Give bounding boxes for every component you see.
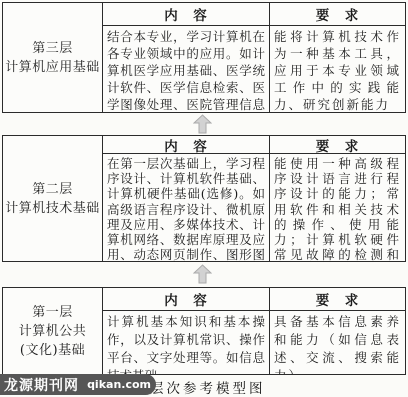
up-arrow-icon <box>193 114 212 134</box>
layer3-label-line1: 第三层 <box>32 39 73 58</box>
layer2-requirement: 能使用一种高级程序设计语言进行程序设计的能力；常用软件和相关技术的操作、使用能力… <box>270 154 405 261</box>
layer3-label-line2: 计算机应用基础 <box>5 58 100 77</box>
layer3-content: 结合本专业，学习计算机在各专业领域中的应用。如计算机医学应用基础、医学统计软件、… <box>103 26 270 112</box>
figure-caption: 层次参考模型图 <box>150 377 266 397</box>
layer3-label: 第三层 计算机应用基础 <box>3 3 103 112</box>
watermark-band: 龙源期刊网 qikan.com <box>0 374 156 395</box>
watermark-site-url: qikan.com <box>87 378 156 391</box>
layer1-requirement: 具备基本信息素养和能力（如信息表述、交流、搜索能力） <box>270 311 405 374</box>
layer1-label: 第一层 计算机公共 (文化)基础 <box>3 288 103 374</box>
layer3-requirement: 能将计算机技术作为一种基本工具，应用于本专业领域工作中的实践能力、研究创新能力 <box>270 26 405 112</box>
layer1-content-header: 内 容 <box>103 288 270 311</box>
layer1-content: 计算机基本知识和基本操作，以及计算机常识、操作平台、文字处理等。如信息技术基础 <box>103 311 270 374</box>
layer2-label-line2: 计算机技术基础 <box>5 199 100 218</box>
layer3-block: 第三层 计算机应用基础 内 容 要 求 结合本专业，学习计算机在各专业领域中的应… <box>2 2 406 113</box>
layer2-content: 在第一层次基础上，学习程序设计、计算机软件基础、计算机硬件基础(选修)。如高级语… <box>103 154 270 261</box>
layer1-block: 第一层 计算机公共 (文化)基础 内 容 要 求 计算机基本知识和基本操作，以及… <box>2 287 406 375</box>
layer2-label-line1: 第二层 <box>32 180 73 199</box>
scanned-figure-page: 第三层 计算机应用基础 内 容 要 求 结合本专业，学习计算机在各专业领域中的应… <box>0 0 408 397</box>
layer3-content-header: 内 容 <box>103 3 270 26</box>
layer1-label-line1: 第一层 <box>32 303 73 322</box>
layer2-content-header: 内 容 <box>103 136 270 154</box>
layer1-requirement-header: 要 求 <box>270 288 405 311</box>
layer3-requirement-header: 要 求 <box>270 3 405 26</box>
layer1-label-line3: (文化)基础 <box>20 341 85 360</box>
layer2-label: 第二层 计算机技术基础 <box>3 136 103 261</box>
layer1-label-line2: 计算机公共 <box>19 322 87 341</box>
layer2-requirement-header: 要 求 <box>270 136 405 154</box>
watermark-site-name: 龙源期刊网 <box>0 375 79 395</box>
up-arrow-icon <box>193 264 212 284</box>
layer2-block: 第二层 计算机技术基础 内 容 要 求 在第一层次基础上，学习程序设计、计算机软… <box>2 135 406 262</box>
